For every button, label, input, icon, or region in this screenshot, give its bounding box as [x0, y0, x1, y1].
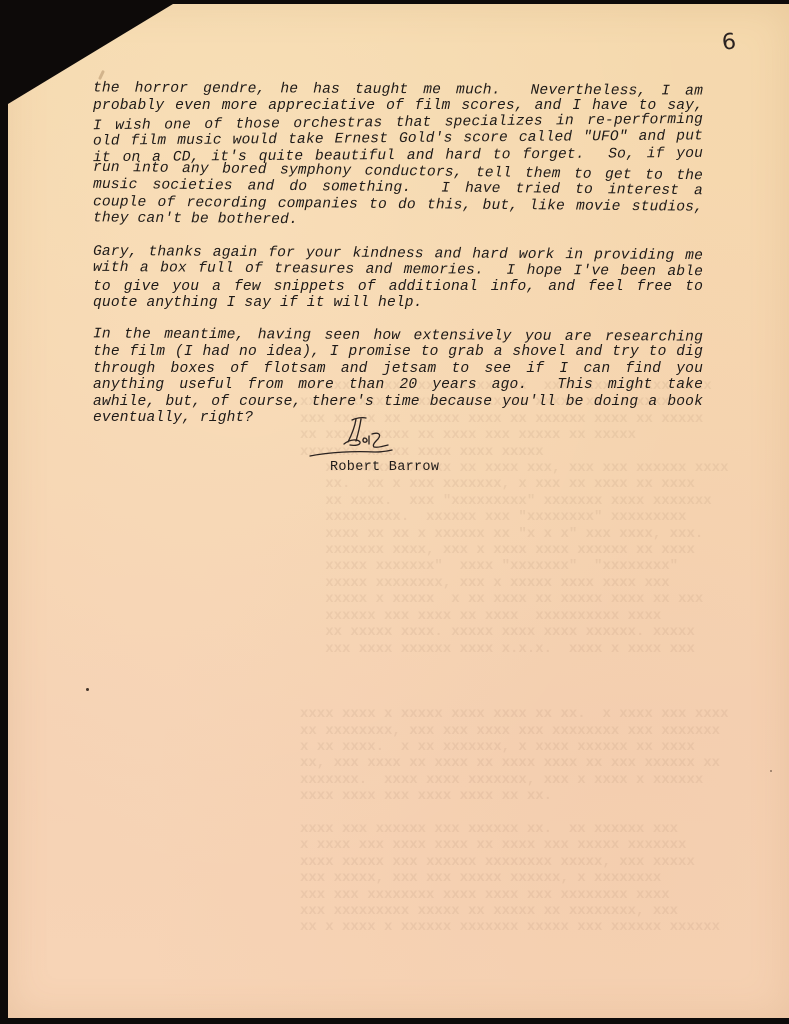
paper-crease-mark [98, 70, 105, 80]
text-line: through boxes of flotsam and jetsam to s… [93, 361, 703, 377]
text-line: anything useful from more than 20 years … [93, 377, 703, 393]
handwritten-page-number: 6 [721, 29, 738, 55]
letter-body: the horror gendre, he has taught me much… [93, 82, 703, 443]
ink-speck [86, 688, 89, 691]
handwritten-signature-icon [300, 414, 420, 462]
typed-signature-name: Robert Barrow [330, 460, 439, 475]
text-line: the film (I had no idea), I promise to g… [93, 344, 703, 360]
paragraph-thanks: Gary, thanks again for your kindness and… [93, 246, 703, 312]
text-line: awhile, but, of course, there's time bec… [93, 394, 703, 410]
paragraph-film-scores: the horror gendre, he has taught me much… [93, 82, 703, 230]
paragraph-meantime: In the meantime, having seen how extensi… [93, 328, 703, 426]
ink-speck [770, 770, 772, 772]
text-line: quote anything I say if it will help. [93, 295, 703, 311]
text-line: In the meantime, having seen how extensi… [93, 326, 703, 346]
text-line: the horror gendre, he has taught me much… [93, 80, 703, 100]
text-line: to give you a few snippets of additional… [93, 279, 703, 295]
signature-block: Robert Barrow [300, 414, 470, 478]
